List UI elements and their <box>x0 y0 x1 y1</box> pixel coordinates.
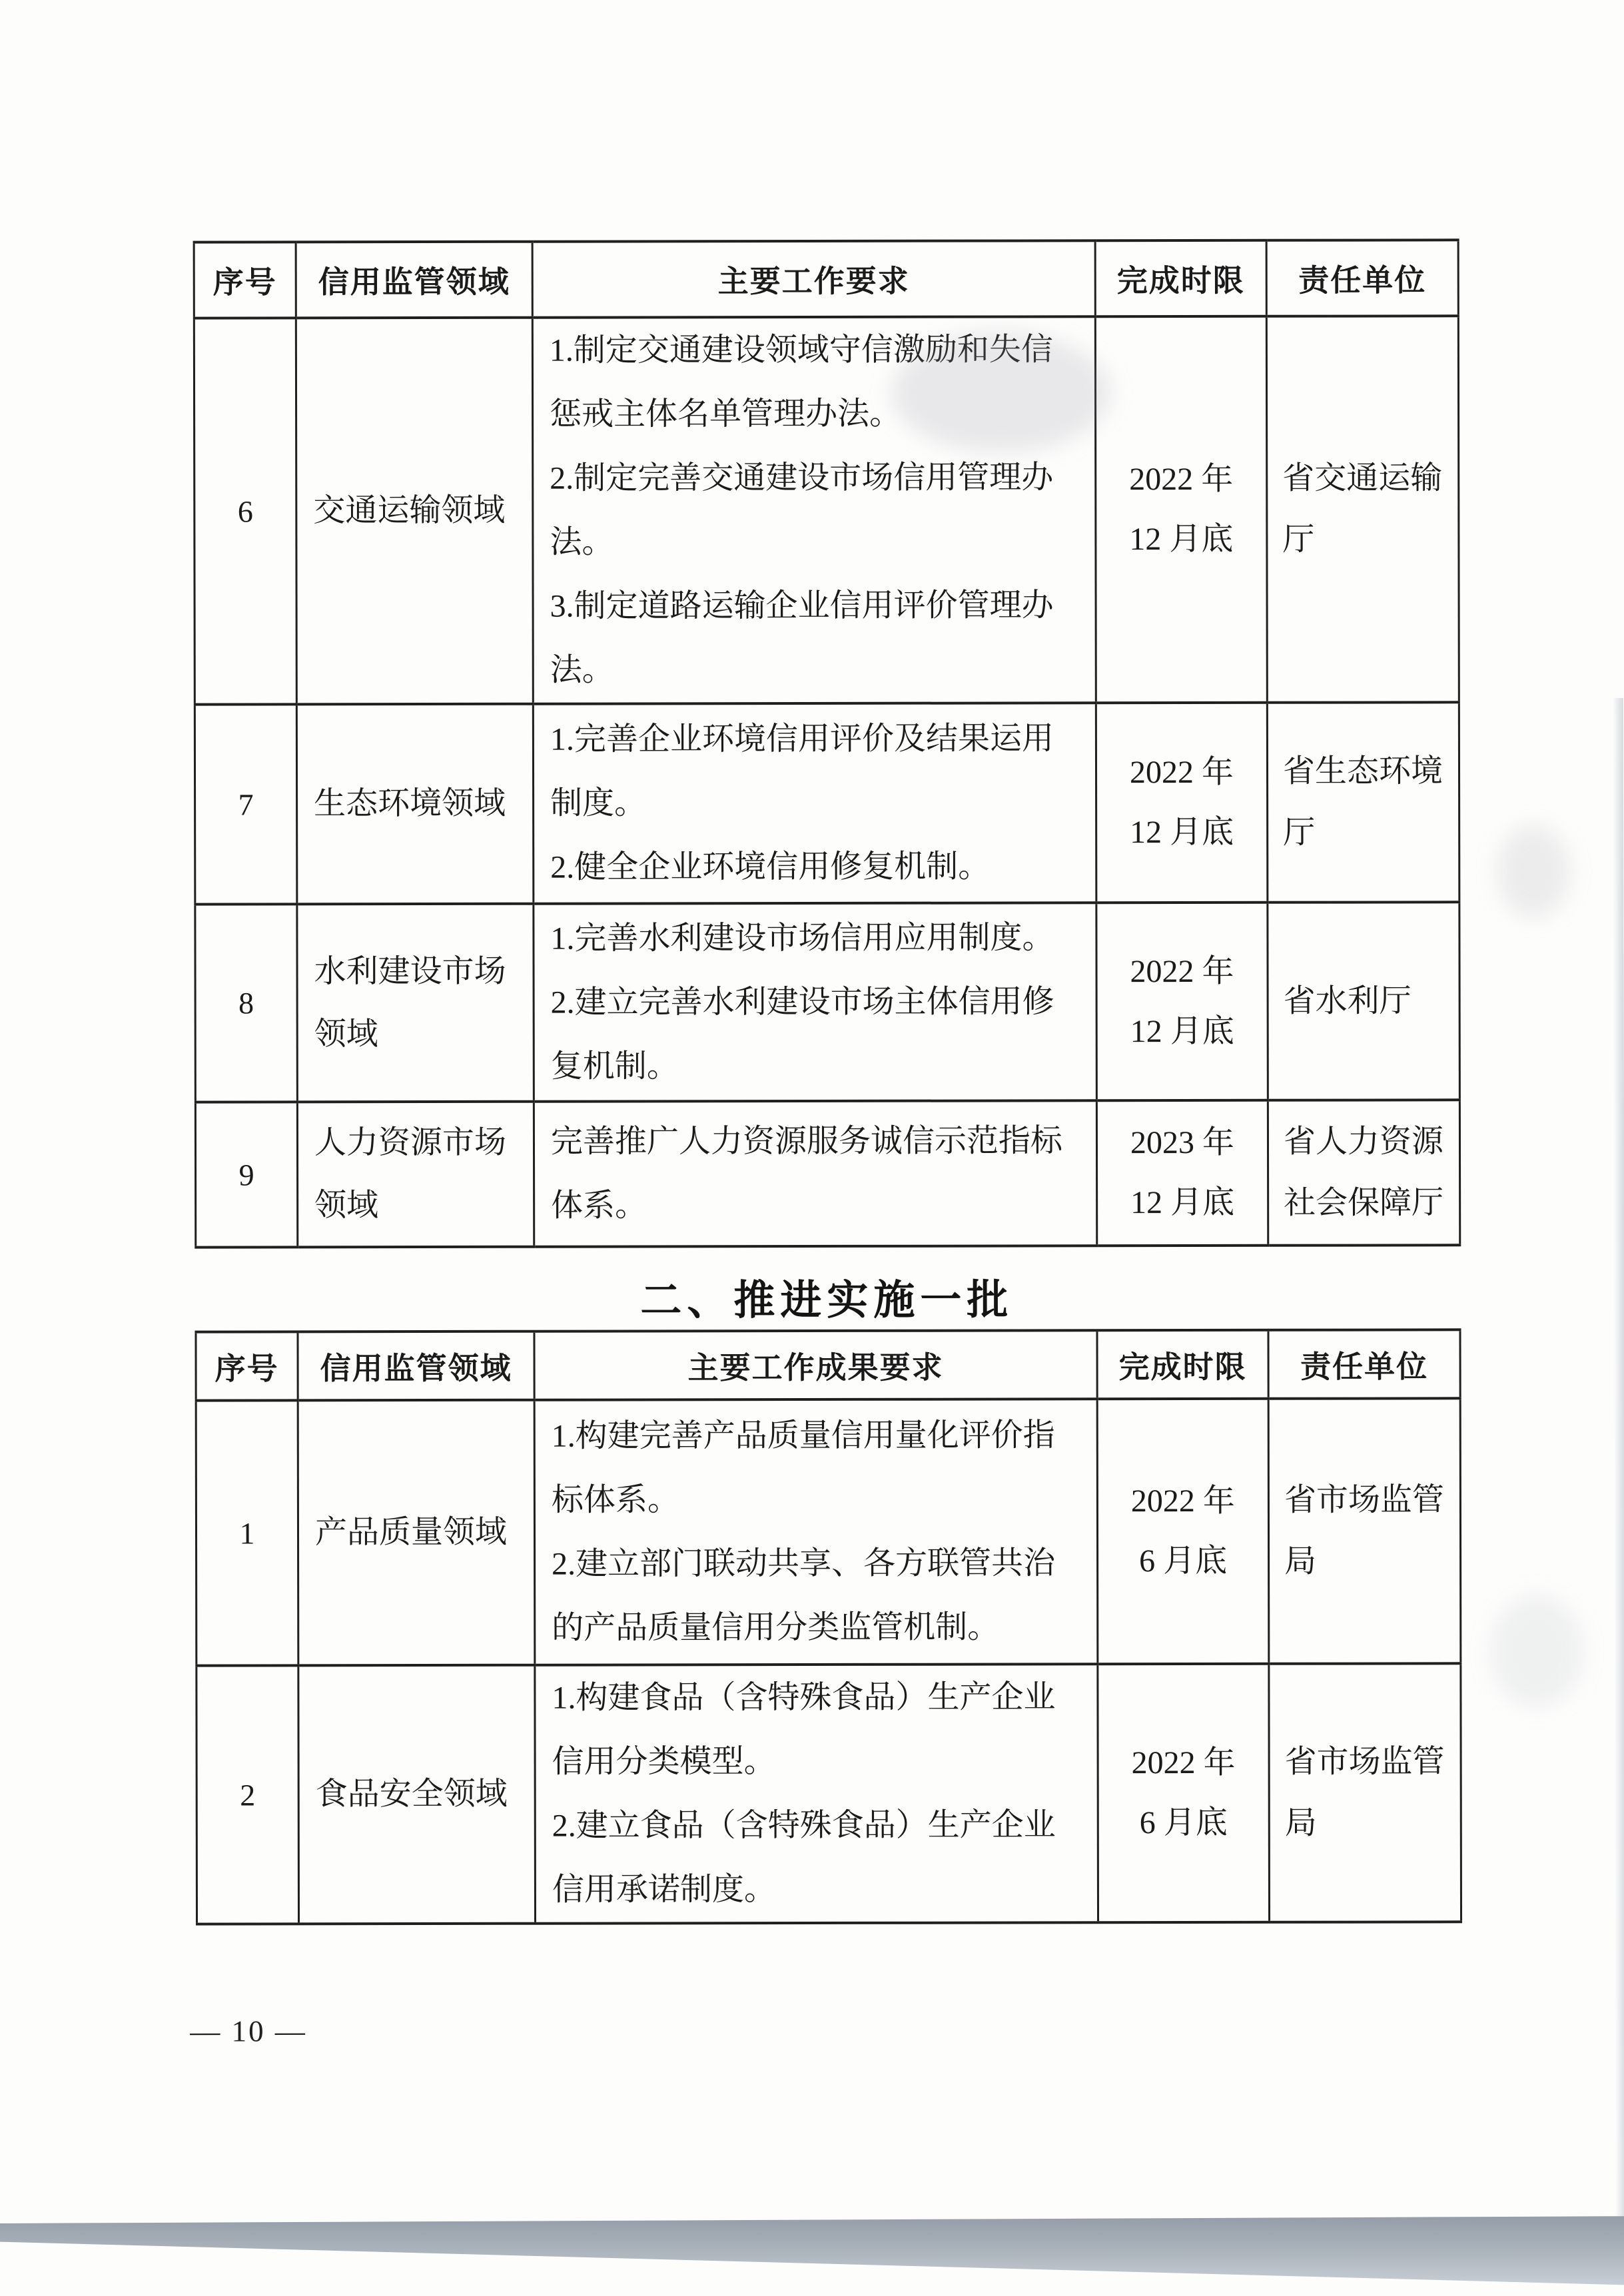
cell-unit: 省市场监管 局 <box>1269 1663 1461 1922</box>
cell-no: 2 <box>197 1665 299 1924</box>
table-row: 2 食品安全领域 1.构建食品（含特殊食品）生产企业信用分类模型。 2.建立食品… <box>197 1663 1461 1924</box>
table-header-row: 序号 信用监管领域 主要工作要求 完成时限 责任单位 <box>194 240 1458 318</box>
table-credit-supervision-1: 序号 信用监管领域 主要工作要求 完成时限 责任单位 6 交通运输领域 1.制定… <box>193 238 1461 1248</box>
deadline-line: 6 月底 <box>1100 1793 1268 1853</box>
cell-deadline: 2022 年 12 月底 <box>1096 703 1268 903</box>
unit-line: 省交通运输 <box>1282 448 1443 509</box>
unit-line: 局 <box>1285 1792 1445 1854</box>
cell-field: 食品安全领域 <box>298 1665 536 1924</box>
scanned-content: 序号 信用监管领域 主要工作要求 完成时限 责任单位 6 交通运输领域 1.制定… <box>0 0 1624 2296</box>
requirement-item: 2.建立完善水利建设市场主体信用修复机制。 <box>551 970 1080 1098</box>
table-row: 6 交通运输领域 1.制定交通建设领域守信激励和失信惩戒主体名单管理办法。 2.… <box>194 316 1459 704</box>
requirement-item: 1.完善水利建设市场信用应用制度。 <box>550 906 1079 970</box>
requirement-item: 2.制定完善交通建设市场信用管理办法。 <box>550 446 1078 574</box>
cell-deadline: 2022 年 12 月底 <box>1096 903 1268 1100</box>
cell-unit: 省交通运输 厅 <box>1266 316 1459 703</box>
cell-no: 7 <box>195 704 297 904</box>
cell-field: 生态环境领域 <box>296 704 534 905</box>
deadline-line: 2022 年 <box>1098 941 1266 1001</box>
requirement-item: 3.制定道路运输企业信用评价管理办法。 <box>550 574 1078 702</box>
cell-requirements: 1.完善企业环境信用评价及结果运用制度。 2.健全企业环境信用修复机制。 <box>533 703 1096 903</box>
cell-no: 6 <box>194 318 296 704</box>
cell-no: 8 <box>195 904 298 1102</box>
table-row: 9 人力资源市场领域 完善推广人力资源服务诚信示范指标体系。 2023 年 12… <box>195 1100 1459 1247</box>
cell-field: 水利建设市场领域 <box>297 904 534 1102</box>
unit-line: 厅 <box>1283 802 1443 863</box>
header-unit: 责任单位 <box>1266 240 1458 316</box>
cell-unit: 省水利厅 <box>1268 902 1460 1100</box>
requirement-item: 完善推广人力资源服务诚信示范指标体系。 <box>551 1109 1080 1238</box>
cell-unit: 省生态环境 厅 <box>1267 702 1459 903</box>
deadline-line: 12 月底 <box>1098 1001 1266 1061</box>
cell-field: 人力资源市场领域 <box>297 1102 534 1248</box>
requirement-item: 2.建立部门联动共享、各方联管共治的产品质量信用分类监管机制。 <box>552 1531 1080 1660</box>
table-credit-supervision-2: 序号 信用监管领域 主要工作成果要求 完成时限 责任单位 1 产品质量领域 1.… <box>195 1328 1462 1925</box>
requirement-item: 2.健全企业环境信用修复机制。 <box>550 835 1079 899</box>
table-row: 1 产品质量领域 1.构建完善产品质量信用量化评价指标体系。 2.建立部门联动共… <box>196 1398 1461 1665</box>
header-unit: 责任单位 <box>1268 1330 1460 1399</box>
cell-requirements: 1.构建食品（含特殊食品）生产企业信用分类模型。 2.建立食品（含特殊食品）生产… <box>535 1664 1098 1923</box>
table-row: 7 生态环境领域 1.完善企业环境信用评价及结果运用制度。 2.健全企业环境信用… <box>195 702 1459 904</box>
cell-requirements: 1.制定交通建设领域守信激励和失信惩戒主体名单管理办法。 2.制定完善交通建设市… <box>532 316 1096 703</box>
scan-smudge <box>1497 825 1570 918</box>
cell-requirements: 1.完善水利建设市场信用应用制度。 2.建立完善水利建设市场主体信用修复机制。 <box>534 903 1097 1101</box>
cell-deadline: 2022 年 12 月底 <box>1095 316 1267 703</box>
deadline-line: 12 月底 <box>1098 803 1266 863</box>
unit-line: 社会保障厅 <box>1284 1172 1444 1234</box>
cell-requirements: 1.构建完善产品质量信用量化评价指标体系。 2.建立部门联动共享、各方联管共治的… <box>534 1399 1098 1665</box>
page-edge-strip <box>1613 698 1624 2223</box>
header-requirements: 主要工作成果要求 <box>534 1330 1097 1399</box>
deadline-line: 2022 年 <box>1098 743 1266 803</box>
cell-unit: 省人力资源 社会保障厅 <box>1268 1100 1459 1246</box>
cell-deadline: 2023 年 12 月底 <box>1096 1100 1268 1246</box>
document-page: 序号 信用监管领域 主要工作要求 完成时限 责任单位 6 交通运输领域 1.制定… <box>0 0 1624 2296</box>
requirement-item: 1.构建食品（含特殊食品）生产企业信用分类模型。 <box>552 1665 1080 1794</box>
header-deadline: 完成时限 <box>1095 240 1266 316</box>
header-requirements: 主要工作要求 <box>532 240 1095 317</box>
cell-no: 9 <box>195 1102 297 1247</box>
unit-line: 省人力资源 <box>1284 1111 1444 1172</box>
header-field: 信用监管领域 <box>296 242 532 318</box>
cell-no: 1 <box>196 1400 298 1665</box>
table-row: 8 水利建设市场领域 1.完善水利建设市场信用应用制度。 2.建立完善水利建设市… <box>195 902 1460 1102</box>
deadline-line: 6 月底 <box>1099 1531 1267 1591</box>
deadline-line: 2022 年 <box>1100 1733 1268 1793</box>
cell-deadline: 2022 年 6 月底 <box>1097 1399 1269 1664</box>
header-no: 序号 <box>196 1332 298 1400</box>
deadline-line: 2023 年 <box>1098 1113 1266 1173</box>
unit-line: 厅 <box>1282 509 1443 570</box>
unit-line: 省市场监管 <box>1284 1469 1445 1531</box>
cell-deadline: 2022 年 6 月底 <box>1098 1664 1270 1922</box>
header-field: 信用监管领域 <box>298 1332 534 1401</box>
unit-line: 省水利厅 <box>1284 970 1444 1032</box>
header-deadline: 完成时限 <box>1097 1330 1268 1399</box>
cell-unit: 省市场监管 局 <box>1268 1398 1461 1664</box>
scan-smudge <box>1490 1595 1583 1708</box>
cell-requirements: 完善推广人力资源服务诚信示范指标体系。 <box>534 1100 1096 1246</box>
unit-line: 省生态环境 <box>1283 741 1443 802</box>
cell-field: 产品质量领域 <box>298 1400 535 1666</box>
requirement-item: 2.建立食品（含特殊食品）生产企业信用承诺制度。 <box>552 1793 1081 1922</box>
unit-line: 局 <box>1284 1531 1445 1592</box>
requirement-item: 1.构建完善产品质量信用量化评价指标体系。 <box>552 1403 1080 1532</box>
table-header-row: 序号 信用监管领域 主要工作成果要求 完成时限 责任单位 <box>196 1330 1460 1400</box>
deadline-line: 2022 年 <box>1097 450 1265 510</box>
cell-field: 交通运输领域 <box>296 318 533 705</box>
deadline-line: 2022 年 <box>1099 1471 1267 1531</box>
requirement-item: 1.制定交通建设领域守信激励和失信惩戒主体名单管理办法。 <box>550 318 1078 446</box>
unit-line: 省市场监管 <box>1285 1731 1445 1792</box>
requirement-item: 1.完善企业环境信用评价及结果运用制度。 <box>550 707 1079 835</box>
deadline-line: 12 月底 <box>1098 1173 1266 1233</box>
page-number: — 10 — <box>190 2014 307 2048</box>
deadline-line: 12 月底 <box>1097 510 1265 570</box>
section-heading: 二、推进实施一批 <box>195 1266 1459 1327</box>
header-no: 序号 <box>194 242 296 318</box>
